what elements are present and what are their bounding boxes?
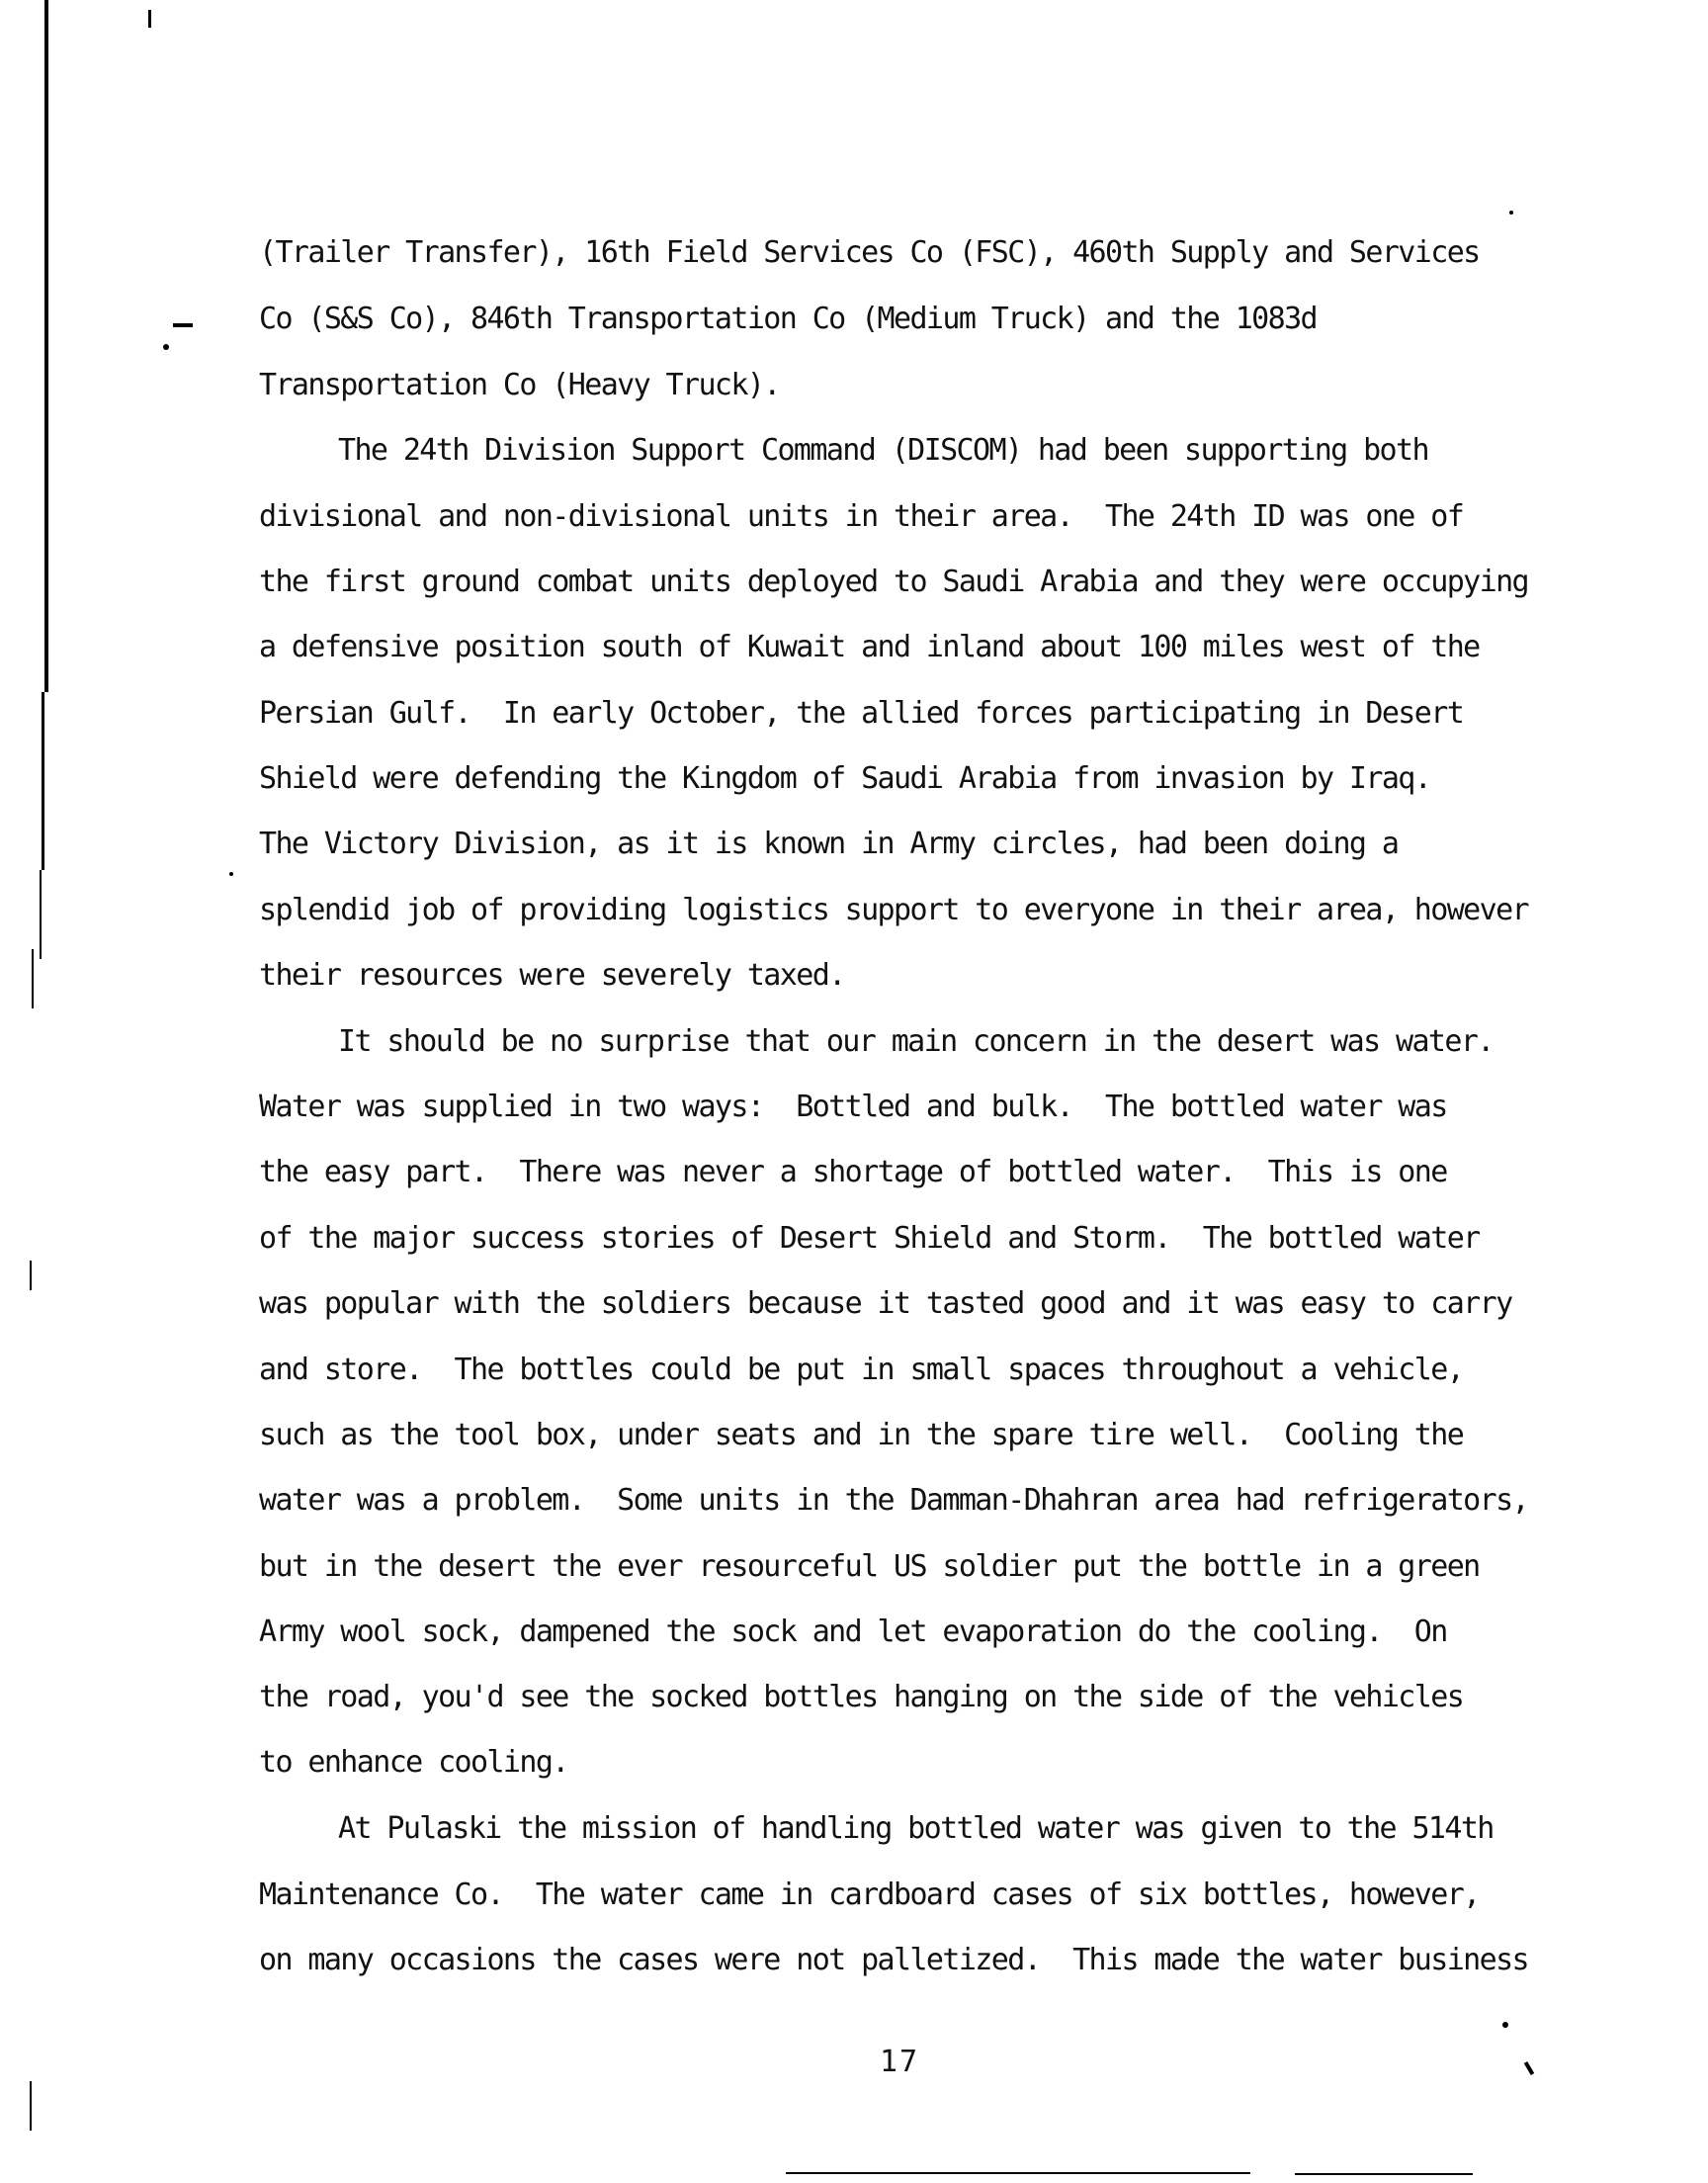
scan-margin-line — [42, 692, 44, 870]
scan-bottom-rule — [1295, 2173, 1473, 2175]
scan-mark — [148, 10, 151, 28]
text-line: (Trailer Transfer), 16th Field Services … — [259, 233, 1480, 273]
scan-mark — [173, 323, 193, 327]
text-line: splendid job of providing logistics supp… — [259, 891, 1528, 930]
text-line: was popular with the soldiers because it… — [259, 1284, 1512, 1324]
text-line: Maintenance Co. The water came in cardbo… — [259, 1876, 1480, 1915]
text-line: divisional and non-divisional units in t… — [259, 497, 1463, 537]
scan-speck — [1509, 211, 1513, 215]
scan-margin-line — [44, 0, 48, 692]
text-line: but in the desert the ever resourceful U… — [259, 1547, 1480, 1587]
text-line: the road, you'd see the socked bottles h… — [259, 1678, 1463, 1717]
paragraph-first-line: It should be no surprise that our main c… — [338, 1022, 1494, 1062]
text-line: The Victory Division, as it is known in … — [259, 825, 1398, 864]
text-line: Shield were defending the Kingdom of Sau… — [259, 759, 1430, 799]
text-line: and store. The bottles could be put in s… — [259, 1351, 1463, 1390]
text-line: of the major success stories of Desert S… — [259, 1219, 1480, 1259]
text-line: such as the tool box, under seats and in… — [259, 1416, 1463, 1455]
scan-mark — [1524, 2061, 1534, 2075]
text-line: their resources were severely taxed. — [259, 956, 845, 996]
text-line: to enhance cooling. — [259, 1743, 568, 1783]
text-line: the first ground combat units deployed t… — [259, 563, 1528, 602]
scan-margin-line — [30, 1261, 32, 1290]
text-line: Persian Gulf. In early October, the alli… — [259, 694, 1463, 734]
scan-margin-line — [30, 2081, 32, 2131]
text-line: Transportation Co (Heavy Truck). — [259, 366, 780, 405]
text-line: on many occasions the cases were not pal… — [259, 1941, 1528, 1980]
text-line: water was a problem. Some units in the D… — [259, 1481, 1528, 1521]
scan-speck — [163, 344, 169, 350]
scanned-page: (Trailer Transfer), 16th Field Services … — [0, 0, 1708, 2183]
text-line: Water was supplied in two ways: Bottled … — [259, 1088, 1447, 1127]
scan-speck — [1502, 2022, 1508, 2028]
scan-bottom-rule — [786, 2172, 1250, 2174]
text-line: the easy part. There was never a shortag… — [259, 1153, 1447, 1192]
text-line: Co (S&S Co), 846th Transportation Co (Me… — [259, 300, 1317, 339]
paragraph-first-line: At Pulaski the mission of handling bottl… — [338, 1809, 1494, 1849]
scan-speck — [229, 872, 233, 876]
page-number: 17 — [880, 2045, 919, 2079]
scan-margin-line — [40, 870, 42, 959]
text-line: a defensive position south of Kuwait and… — [259, 628, 1480, 667]
scan-margin-line — [32, 949, 34, 1008]
paragraph-first-line: The 24th Division Support Command (DISCO… — [338, 431, 1428, 471]
text-line: Army wool sock, dampened the sock and le… — [259, 1613, 1447, 1652]
